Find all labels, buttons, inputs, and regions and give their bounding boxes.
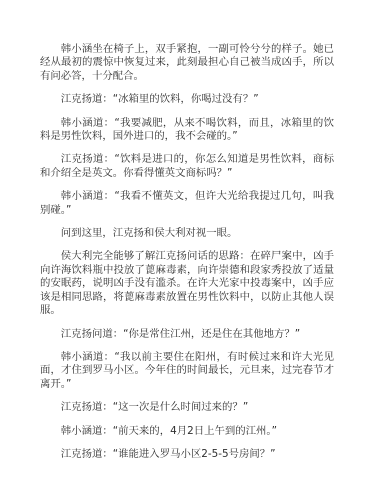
paragraph: 江克扬道：“谁能进入罗马小区2-5-5号房间？” [40, 448, 334, 461]
document-page: { "page": { "background": "#ffffff", "te… [0, 0, 370, 480]
paragraph: 韩小涵道：“我看不懂英文，但许大光给我提过几句，叫我别碰。” [40, 190, 334, 217]
paragraph: 江克扬道：“这一次是什么时间过来的？” [40, 401, 334, 414]
text-page: 韩小涵坐在椅子上，双手紧抱，一副可怜兮兮的样子。她已经从最初的震惊中恢复过来，此… [0, 0, 370, 480]
paragraph: 江克扬道：“饮料是进口的，你怎么知道是男性饮料，商标和介绍全是英文。你看得懂英文… [40, 153, 334, 180]
paragraph: 侯大利完全能够了解江克扬问话的思路：在碎尸案中，凶手向许海饮料瓶中投放了蓖麻毒素… [40, 250, 334, 317]
paragraph: 韩小涵坐在椅子上，双手紧抱，一副可怜兮兮的样子。她已经从最初的震惊中恢复过来，此… [40, 43, 334, 83]
paragraph: 韩小涵道：“我以前主要住在阳州，有时候过来和许大光见面，才住到罗马小区。今年住的… [40, 351, 334, 391]
paragraph: 韩小涵道：“前天来的，4月2日上午到的江州。” [40, 425, 334, 438]
paragraph: 江克扬道：“冰箱里的饮料，你喝过没有？” [40, 93, 334, 106]
paragraph: 江克扬问道：“你是常住江州，还是住在其他地方？” [40, 328, 334, 341]
paragraph: 韩小涵道：“我要减肥，从来不喝饮料，而且，冰箱里的饮料是男性饮料，国外进口的，我… [40, 117, 334, 144]
paragraph: 问到这里，江克扬和侯大利对视一眼。 [40, 227, 334, 240]
